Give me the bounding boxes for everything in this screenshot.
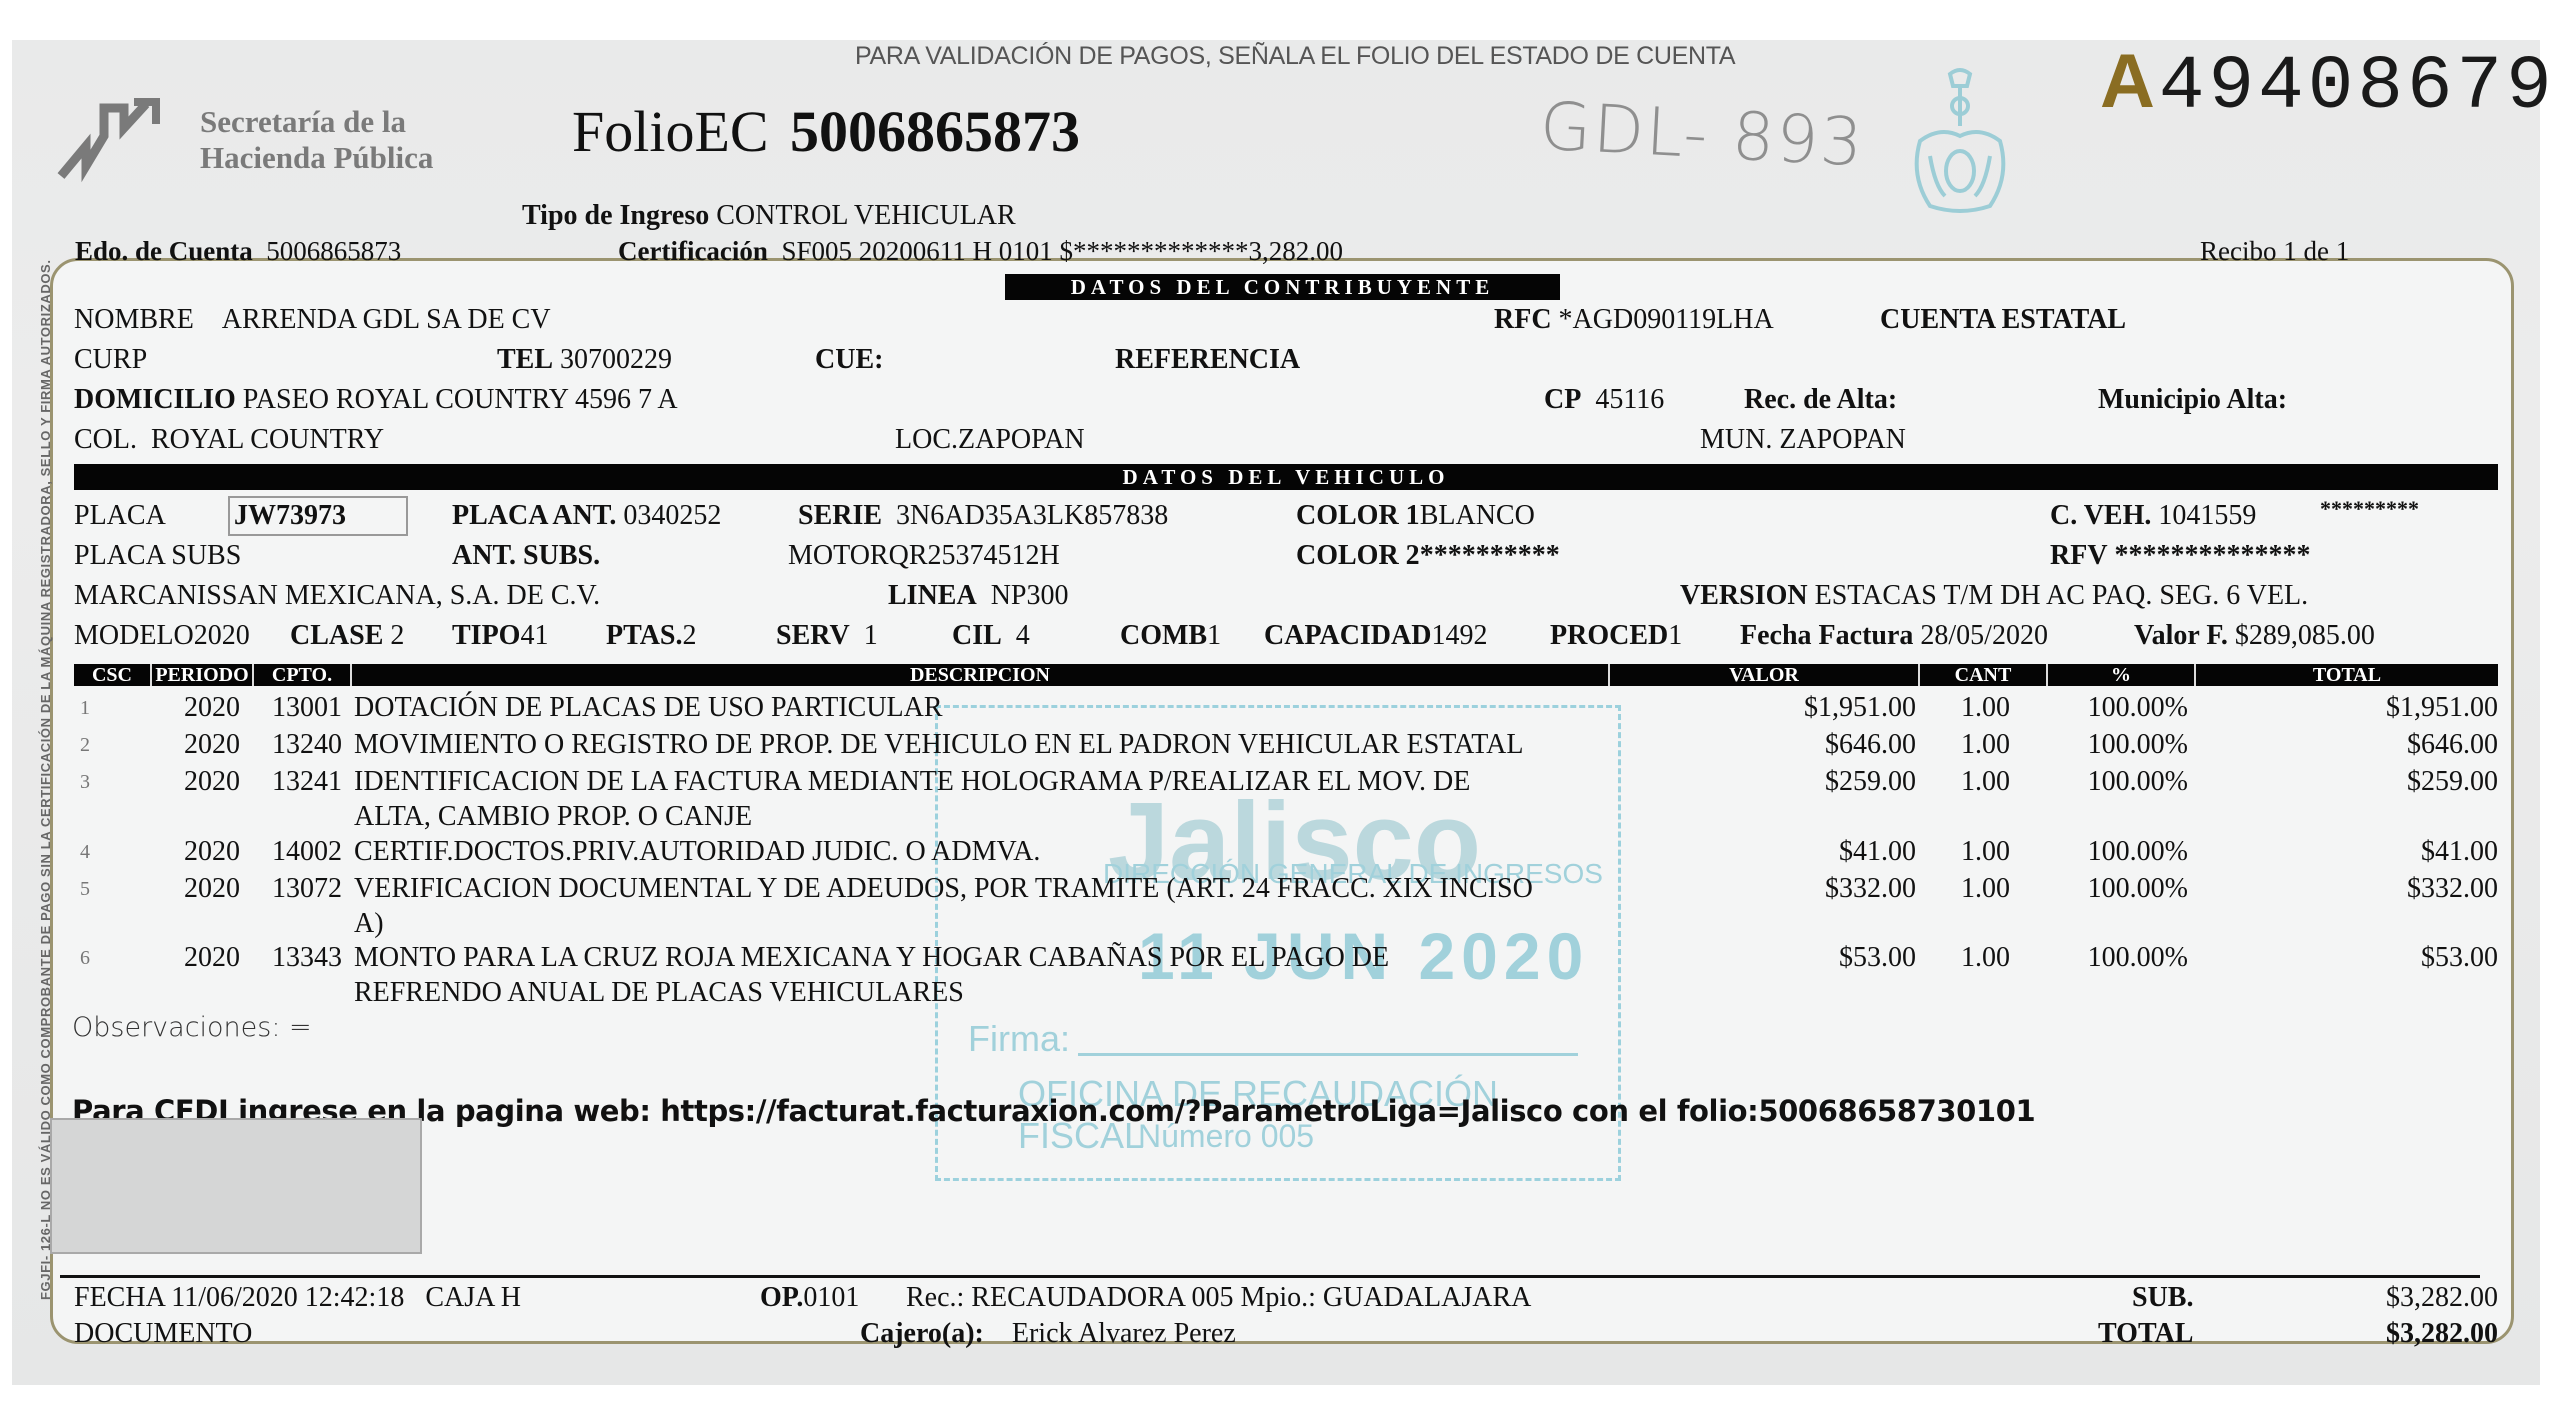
documento-label: DOCUMENTO: [74, 1318, 252, 1350]
certificacion-value: SF005 20200611 H 0101 $*************3,28…: [781, 236, 1343, 266]
clase-field: CLASE 2: [290, 620, 404, 652]
motor-value: QR25374512H: [889, 540, 1060, 571]
cell-descripcion: MONTO PARA LA CRUZ ROJA MEXICANA Y HOGAR…: [354, 940, 1604, 976]
serial-prefix: A: [2100, 39, 2159, 124]
placa-label: PLACA: [74, 500, 166, 532]
hacienda-logo-icon: [56, 96, 176, 184]
folio-label: FolioEC: [572, 98, 769, 165]
agency-name: Secretaría de la Hacienda Pública: [200, 104, 433, 176]
ptas-field: PTAS.2: [606, 620, 697, 652]
tel-field: TEL 30700229: [497, 344, 672, 376]
footer-divider: [60, 1275, 2480, 1278]
cue-label: CUE:: [815, 344, 883, 376]
cell-total: $53.00: [2200, 940, 2498, 976]
rfv-value: **************: [2115, 540, 2311, 571]
certificacion: Certificación SF005 20200611 H 0101 $***…: [618, 236, 1343, 267]
motor-field: MOTORQR25374512H: [788, 540, 1060, 572]
placa-ant-label: PLACA ANT.: [452, 500, 616, 531]
ptas-value: 2: [683, 620, 697, 651]
cell-csc: 6: [80, 940, 120, 976]
serv-value: 1: [864, 620, 878, 651]
motor-label: MOTOR: [788, 540, 889, 571]
cell-valor: $332.00: [1610, 871, 1916, 907]
cell-total: $259.00: [2200, 764, 2498, 800]
mun-field: MUN. ZAPOPAN: [1700, 424, 1906, 456]
col-valor: VALOR: [1610, 664, 1920, 686]
fecha-value: 11/06/2020 12:42:18: [171, 1282, 404, 1313]
cell-pct: 100.00%: [2060, 764, 2188, 800]
mun-label: MUN.: [1700, 424, 1772, 455]
cell-csc: 5: [80, 871, 120, 907]
rfc-label: RFC: [1494, 304, 1552, 335]
op-field: OP.0101: [760, 1282, 859, 1314]
section-vehiculo-header: DATOS DEL VEHICULO: [74, 464, 2498, 490]
nombre-value: ARRENDA GDL SA DE CV: [222, 304, 551, 335]
cell-csc: 1: [80, 690, 120, 726]
cell-pct: 100.00%: [2060, 871, 2188, 907]
domicilio-label: DOMICILIO: [74, 384, 236, 415]
cell-cant: 1.00: [1940, 871, 2010, 907]
domicilio-value: PASEO ROYAL COUNTRY 4596 7 A: [243, 384, 678, 415]
fecha-factura-field: Fecha Factura 28/05/2020: [1740, 620, 2048, 652]
loc-field: LOC.ZAPOPAN: [895, 424, 1085, 456]
col-total: TOTAL: [2196, 664, 2498, 686]
cp-value: 45116: [1595, 384, 1664, 415]
edo-cuenta: Edo. de Cuenta 5006865873: [75, 236, 401, 267]
loc-value: ZAPOPAN: [958, 424, 1085, 455]
cell-periodo: 2020: [160, 871, 240, 907]
cuenta-estatal-label: CUENTA ESTATAL: [1880, 304, 2126, 336]
linea-label: LINEA: [888, 580, 977, 611]
cell-csc: 2: [80, 727, 120, 763]
valor-f-label: Valor F.: [2134, 620, 2228, 651]
rfc-value: *AGD090119LHA: [1559, 304, 1774, 335]
cell-pct: 100.00%: [2060, 940, 2188, 976]
cell-pct: 100.00%: [2060, 834, 2188, 870]
proced-field: PROCED1: [1550, 620, 1682, 652]
cell-valor: $646.00: [1610, 727, 1916, 763]
cell-valor: $259.00: [1610, 764, 1916, 800]
cell-descripcion-cont: REFRENDO ANUAL DE PLACAS VEHICULARES: [354, 975, 964, 1011]
clase-label: CLASE: [290, 620, 383, 651]
cajero-field: Cajero(a): Erick Alvarez Perez: [860, 1318, 1236, 1350]
cell-descripcion: CERTIF.DOCTOS.PRIV.AUTORIDAD JUDIC. O AD…: [354, 834, 1604, 870]
nombre-field: NOMBRE ARRENDA GDL SA DE CV: [74, 304, 551, 336]
linea-value: NP300: [991, 580, 1069, 611]
modelo-value: 2020: [194, 620, 250, 651]
nombre-label: NOMBRE: [74, 304, 194, 335]
cveh-label: C. VEH.: [2050, 500, 2151, 531]
col-periodo: PERIODO: [152, 664, 254, 686]
cp-field: CP 45116: [1544, 384, 1664, 416]
cell-cpto: 13072: [258, 871, 342, 907]
stamp-firma-label: Firma:: [968, 1018, 1070, 1060]
cell-pct: 100.00%: [2060, 690, 2188, 726]
cveh-mask: *********: [2320, 496, 2419, 522]
tipo-field: TIPO41: [452, 620, 548, 652]
cell-cpto: 13240: [258, 727, 342, 763]
tel-value: 30700229: [560, 344, 672, 375]
sub-value: $3,282.00: [2300, 1282, 2498, 1314]
cell-valor: $53.00: [1610, 940, 1916, 976]
cell-cpto: 13343: [258, 940, 342, 976]
stamp-signature-line: [1078, 1053, 1578, 1056]
proced-label: PROCED: [1550, 620, 1668, 651]
capacidad-field: CAPACIDAD1492: [1264, 620, 1487, 652]
cell-total: $41.00: [2200, 834, 2498, 870]
cp-label: CP: [1544, 384, 1581, 415]
tipo-ingreso-label: Tipo de Ingreso: [522, 200, 709, 231]
agency-line-1: Secretaría de la: [200, 104, 433, 140]
color1-value: BLANCO: [1420, 500, 1535, 531]
cell-cpto: 13001: [258, 690, 342, 726]
op-value: 0101: [803, 1282, 859, 1313]
folio-number: 5006865873: [790, 98, 1080, 165]
version-field: VERSION ESTACAS T/M DH AC PAQ. SEG. 6 VE…: [1680, 580, 2308, 612]
cell-cant: 1.00: [1940, 690, 2010, 726]
caja-value: CAJA H: [425, 1282, 521, 1313]
fecha-factura-value: 28/05/2020: [1920, 620, 2048, 651]
serie-value: 3N6AD35A3LK857838: [896, 500, 1168, 531]
cil-value: 4: [1016, 620, 1030, 651]
total-value: $3,282.00: [2300, 1318, 2498, 1350]
redacted-box: [50, 1118, 422, 1254]
recibo-count: Recibo 1 de 1: [2200, 236, 2349, 267]
section-contribuyente-header: DATOS DEL CONTRIBUYENTE: [1005, 274, 1560, 300]
tipo-value: 41: [520, 620, 548, 651]
cell-periodo: 2020: [160, 727, 240, 763]
col-pct: %: [2048, 664, 2196, 686]
cell-descripcion: MOVIMIENTO O REGISTRO DE PROP. DE VEHICU…: [354, 727, 1604, 763]
valor-factura-field: Valor F. $289,085.00: [2134, 620, 2375, 652]
ptas-label: PTAS.: [606, 620, 683, 651]
cell-cant: 1.00: [1940, 764, 2010, 800]
cell-cpto: 13241: [258, 764, 342, 800]
cveh-field: C. VEH. 1041559: [2050, 500, 2256, 532]
fecha-field: FECHA 11/06/2020 12:42:18 CAJA H: [74, 1282, 521, 1314]
comb-value: 1: [1207, 620, 1221, 651]
legal-side-text: FGJFI- 126-L NO ES VÁLIDO COMO COMPROBAN…: [38, 259, 53, 1300]
edo-cuenta-label: Edo. de Cuenta: [75, 236, 253, 266]
col-cpto: CPTO.: [254, 664, 352, 686]
op-label: OP.: [760, 1282, 803, 1313]
fecha-factura-label: Fecha Factura: [1740, 620, 1913, 651]
serie-label: SERIE: [798, 500, 882, 531]
modelo-field: MODELO2020: [74, 620, 250, 652]
col-label: COL.: [74, 424, 137, 455]
fecha-label: FECHA: [74, 1282, 164, 1313]
placa-ant-field: PLACA ANT. 0340252: [452, 500, 721, 532]
municipio-alta-label: Municipio Alta:: [2098, 384, 2287, 416]
cell-periodo: 2020: [160, 764, 240, 800]
cell-periodo: 2020: [160, 940, 240, 976]
color2-value: **********: [1420, 540, 1560, 571]
loc-label: LOC.: [895, 424, 958, 455]
cveh-value: 1041559: [2158, 500, 2256, 531]
cajero-label: Cajero(a):: [860, 1318, 984, 1349]
valor-f-value: $289,085.00: [2235, 620, 2375, 651]
cell-cant: 1.00: [1940, 834, 2010, 870]
ant-subs-label: ANT. SUBS.: [452, 540, 600, 572]
cell-periodo: 2020: [160, 834, 240, 870]
col-field: COL. ROYAL COUNTRY: [74, 424, 384, 456]
cell-valor: $41.00: [1610, 834, 1916, 870]
color1-field: COLOR 1BLANCO: [1296, 500, 1535, 532]
cajero-value: Erick Alvarez Perez: [1012, 1318, 1236, 1349]
observaciones: Observaciones: =: [72, 1012, 312, 1043]
cell-periodo: 2020: [160, 690, 240, 726]
serial-number: A49408679: [2100, 38, 2550, 130]
cell-total: $1,951.00: [2200, 690, 2498, 726]
linea-field: LINEA NP300: [888, 580, 1069, 612]
capacidad-label: CAPACIDAD: [1264, 620, 1431, 651]
rfv-label: RFV: [2050, 540, 2108, 571]
tel-label: TEL: [497, 344, 553, 375]
rfc-field: RFC *AGD090119LHA: [1494, 304, 1774, 336]
serv-label: SERV: [776, 620, 850, 651]
domicilio-field: DOMICILIO PASEO ROYAL COUNTRY 4596 7 A: [74, 384, 678, 416]
col-csc: CSC: [74, 664, 152, 686]
serie-field: SERIE 3N6AD35A3LK857838: [798, 500, 1168, 532]
comb-label: COMB: [1120, 620, 1207, 651]
cell-csc: 3: [80, 764, 120, 800]
cell-descripcion: VERIFICACION DOCUMENTAL Y DE ADEUDOS, PO…: [354, 871, 1604, 907]
col-descripcion: DESCRIPCION: [352, 664, 1610, 686]
color2-label: COLOR 2: [1296, 540, 1420, 571]
rec-alta-label: Rec. de Alta:: [1744, 384, 1897, 416]
clase-value: 2: [390, 620, 404, 651]
placa-ant-value: 0340252: [623, 500, 721, 531]
proced-value: 1: [1668, 620, 1682, 651]
tipo-label: TIPO: [452, 620, 520, 651]
col-cant: CANT: [1920, 664, 2048, 686]
jalisco-crest-icon: [1905, 66, 2015, 216]
cell-total: $332.00: [2200, 871, 2498, 907]
capacidad-value: 1492: [1431, 620, 1487, 651]
cell-cpto: 14002: [258, 834, 342, 870]
cil-label: CIL: [952, 620, 1002, 651]
placa-subs-label: PLACA SUBS: [74, 540, 241, 572]
cell-csc: 4: [80, 834, 120, 870]
cell-valor: $1,951.00: [1610, 690, 1916, 726]
mun-value: ZAPOPAN: [1779, 424, 1906, 455]
sub-label: SUB.: [2132, 1282, 2193, 1314]
cell-total: $646.00: [2200, 727, 2498, 763]
agency-line-2: Hacienda Pública: [200, 140, 433, 176]
validation-notice: PARA VALIDACIÓN DE PAGOS, SEÑALA EL FOLI…: [855, 42, 1735, 71]
marca-label: MARCA: [74, 580, 177, 611]
comb-field: COMB1: [1120, 620, 1221, 652]
version-value: ESTACAS T/M DH AC PAQ. SEG. 6 VEL.: [1815, 580, 2309, 611]
edo-cuenta-value: 5006865873: [266, 236, 401, 266]
rfv-field: RFV **************: [2050, 540, 2311, 572]
total-label: TOTAL: [2098, 1318, 2193, 1350]
cell-cant: 1.00: [1940, 727, 2010, 763]
cell-descripcion-cont: A): [354, 906, 384, 942]
tipo-ingreso-value: CONTROL VEHICULAR: [716, 200, 1015, 231]
cell-cant: 1.00: [1940, 940, 2010, 976]
modelo-label: MODELO: [74, 620, 194, 651]
version-label: VERSION: [1680, 580, 1808, 611]
cell-pct: 100.00%: [2060, 727, 2188, 763]
serv-field: SERV 1: [776, 620, 878, 652]
referencia-label: REFERENCIA: [1115, 344, 1300, 376]
marca-value: NISSAN MEXICANA, S.A. DE C.V.: [177, 580, 600, 611]
placa-value: JW73973: [228, 496, 408, 536]
marca-field: MARCANISSAN MEXICANA, S.A. DE C.V.: [74, 580, 600, 612]
color1-label: COLOR 1: [1296, 500, 1420, 531]
cil-field: CIL 4: [952, 620, 1030, 652]
recaudadora-info: Rec.: RECAUDADORA 005 Mpio.: GUADALAJARA: [906, 1282, 1531, 1314]
cell-descripcion-cont: ALTA, CAMBIO PROP. O CANJE: [354, 799, 752, 835]
col-value: ROYAL COUNTRY: [151, 424, 384, 455]
color2-field: COLOR 2**********: [1296, 540, 1560, 572]
serial-digits: 49408679: [2159, 44, 2550, 130]
curp-label: CURP: [74, 344, 147, 376]
tipo-ingreso: Tipo de Ingreso CONTROL VEHICULAR: [522, 200, 1016, 232]
cell-descripcion: DOTACIÓN DE PLACAS DE USO PARTICULAR: [354, 690, 1604, 726]
certificacion-label: Certificación: [618, 236, 768, 266]
cell-descripcion: IDENTIFICACION DE LA FACTURA MEDIANTE HO…: [354, 764, 1604, 800]
